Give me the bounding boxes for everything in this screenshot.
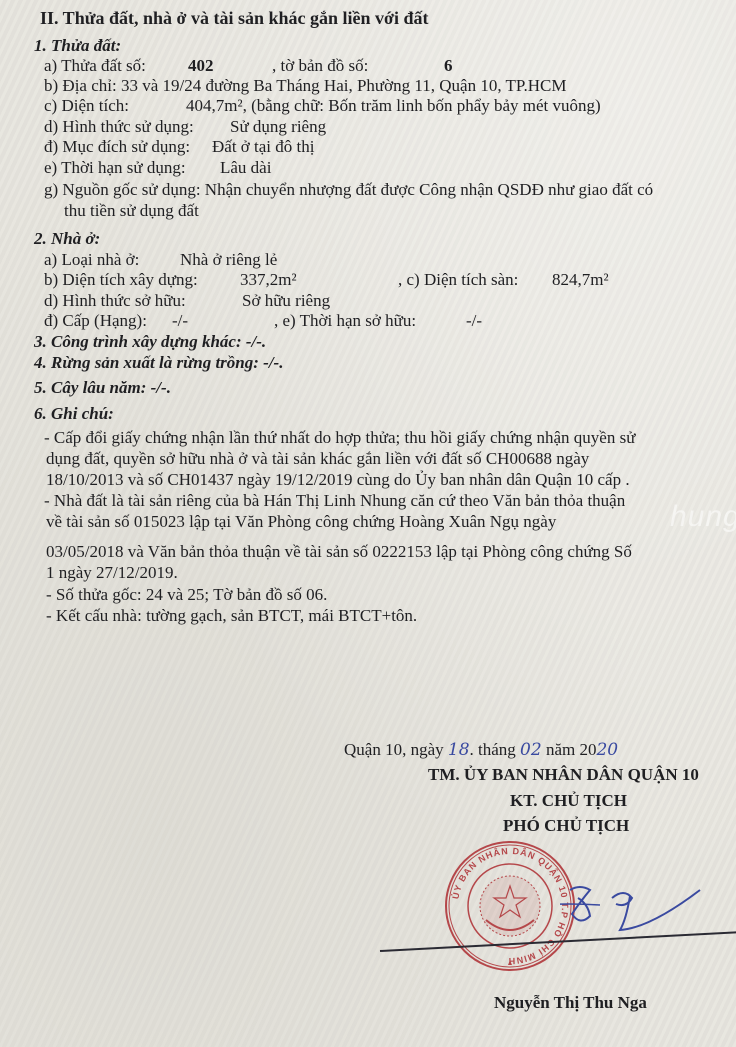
land-use-form-label: d) Hình thức sử dụng: bbox=[44, 117, 194, 137]
land-use-term-value: Lâu dài bbox=[220, 158, 271, 178]
signer-name: Nguyễn Thị Thu Nga bbox=[494, 993, 647, 1013]
issue-month: 02 bbox=[520, 740, 542, 760]
note-line: dụng đất, quyền sở hữu nhà ở và tài sản … bbox=[46, 449, 589, 469]
construction-area-label: b) Diện tích xây dựng: bbox=[44, 270, 198, 290]
land-address: b) Địa chỉ: 33 và 19/24 đường Ba Tháng H… bbox=[44, 76, 566, 96]
note-line: - Số thửa gốc: 24 và 25; Tờ bản đồ số 06… bbox=[46, 585, 327, 605]
land-origin-line1: g) Nguồn gốc sử dụng: Nhận chuyển nhượng… bbox=[44, 180, 653, 200]
production-forest: 4. Rừng sản xuất là rừng trồng: -/-. bbox=[34, 353, 283, 373]
other-construction: 3. Công trình xây dựng khác: -/-. bbox=[34, 332, 266, 352]
note-line: 1 ngày 27/12/2019. bbox=[46, 563, 178, 583]
map-sheet-number: 6 bbox=[444, 56, 453, 76]
ownership-term-label: , e) Thời hạn sở hữu: bbox=[274, 311, 416, 331]
watermark: hungth bbox=[670, 500, 736, 534]
year-label: năm 20 bbox=[546, 740, 597, 759]
issuing-authority: TM. ỦY BAN NHÂN DÂN QUẬN 10 bbox=[428, 765, 699, 785]
note-line: - Cấp đổi giấy chứng nhận lần thứ nhất d… bbox=[44, 428, 635, 448]
map-sheet-label: , tờ bản đồ số: bbox=[272, 56, 368, 76]
house-type-label: a) Loại nhà ở: bbox=[44, 250, 139, 270]
ownership-term-value: -/- bbox=[466, 311, 482, 331]
note-line: về tài sản số 015023 lập tại Văn Phòng c… bbox=[46, 512, 556, 532]
construction-area-value: 337,2m² bbox=[240, 270, 297, 290]
land-heading: 1. Thửa đất: bbox=[34, 36, 121, 56]
house-heading: 2. Nhà ở: bbox=[34, 229, 100, 249]
house-type-value: Nhà ở riêng lẻ bbox=[180, 250, 277, 270]
acting-title: KT. CHỦ TỊCH bbox=[510, 791, 627, 811]
notes-heading: 6. Ghi chú: bbox=[34, 404, 114, 424]
house-grade-label: đ) Cấp (Hạng): bbox=[44, 311, 147, 331]
ownership-form-value: Sở hữu riêng bbox=[242, 291, 330, 311]
place-prefix: Quận 10, ngày bbox=[344, 740, 444, 759]
floor-area-value: 824,7m² bbox=[552, 270, 609, 290]
land-area-value: 404,7m², (bằng chữ: Bốn trăm linh bốn ph… bbox=[186, 96, 601, 116]
note-line: 03/05/2018 và Văn bản thỏa thuận về tài … bbox=[46, 542, 632, 562]
land-a-label: a) Thửa đất số: bbox=[44, 56, 146, 76]
ownership-form-label: d) Hình thức sở hữu: bbox=[44, 291, 186, 311]
land-use-term-label: e) Thời hạn sử dụng: bbox=[44, 158, 186, 178]
land-use-form-value: Sử dụng riêng bbox=[230, 117, 326, 137]
land-use-purpose-value: Đất ở tại đô thị bbox=[212, 137, 314, 157]
floor-area-label: , c) Diện tích sàn: bbox=[398, 270, 518, 290]
land-use-purpose-label: đ) Mục đích sử dụng: bbox=[44, 137, 190, 157]
handwritten-signature-icon bbox=[560, 880, 710, 940]
note-line: - Nhà đất là tài sản riêng của bà Hán Th… bbox=[44, 491, 625, 511]
parcel-number: 402 bbox=[188, 56, 214, 76]
perennial-trees: 5. Cây lâu năm: -/-. bbox=[34, 378, 171, 398]
section-title: II. Thửa đất, nhà ở và tài sản khác gắn … bbox=[40, 8, 429, 28]
land-origin-line2: thu tiền sử dụng đất bbox=[64, 201, 199, 221]
official-seal-icon: ỦY BAN NHÂN DÂN QUẬN 10 T.P HỒ CHÍ MINH bbox=[442, 838, 578, 974]
note-line: 18/10/2013 và số CH01437 ngày 19/12/2019… bbox=[46, 470, 630, 490]
signer-position: PHÓ CHỦ TỊCH bbox=[503, 816, 629, 836]
issue-year-suffix: 20 bbox=[596, 740, 618, 760]
month-label: . tháng bbox=[470, 740, 516, 759]
issue-day: 18 bbox=[448, 740, 470, 760]
note-line: - Kết cấu nhà: tường gạch, sản BTCT, mái… bbox=[46, 606, 417, 626]
issue-date: Quận 10, ngày 18. tháng 02 năm 2020 bbox=[344, 740, 618, 760]
land-area-label: c) Diện tích: bbox=[44, 96, 129, 116]
house-grade-value: -/- bbox=[172, 311, 188, 331]
